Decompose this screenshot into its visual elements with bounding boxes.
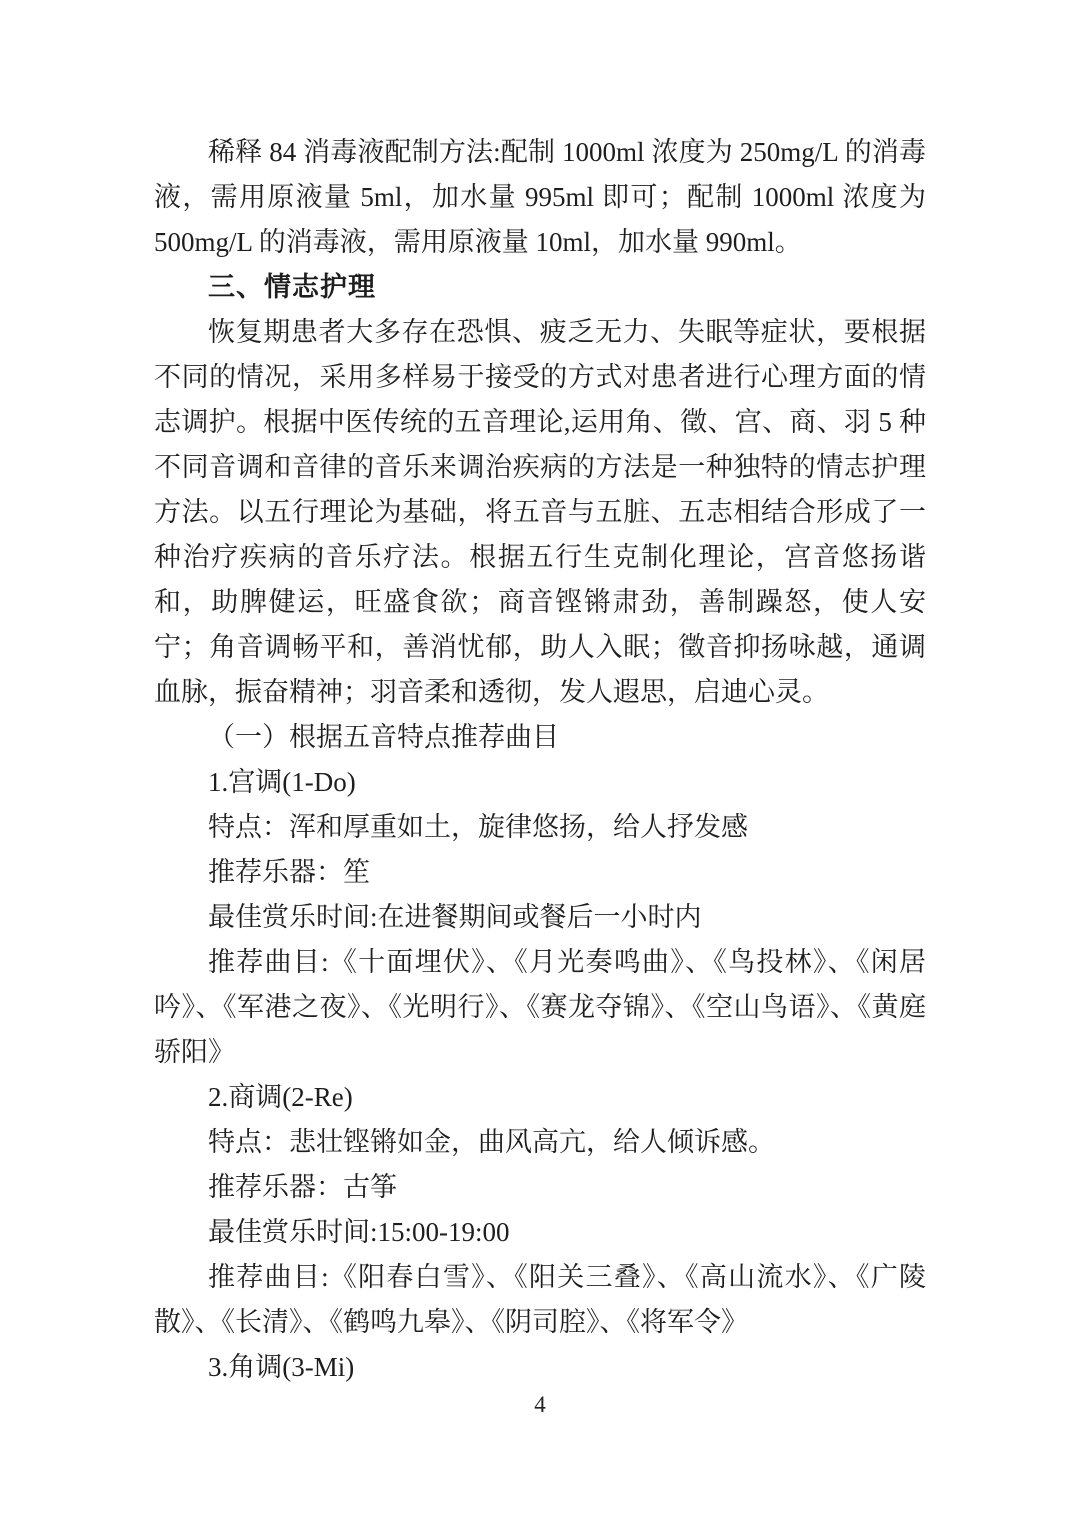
paragraph: 特点：悲壮铿锵如金，曲风高亢，给人倾诉感。 xyxy=(154,1120,926,1165)
paragraph: 稀释 84 消毒液配制方法:配制 1000ml 浓度为 250mg/L 的消毒液… xyxy=(154,130,926,265)
paragraph: 1.宫调(1-Do) xyxy=(154,760,926,805)
paragraph: （一）根据五音特点推荐曲目 xyxy=(154,715,926,760)
document-content: 稀释 84 消毒液配制方法:配制 1000ml 浓度为 250mg/L 的消毒液… xyxy=(154,130,926,1390)
paragraph: 推荐曲目:《阳春白雪》、《阳关三叠》、《高山流水》、《广陵散》、《长清》、《鹤鸣… xyxy=(154,1255,926,1345)
paragraph: 2.商调(2-Re) xyxy=(154,1075,926,1120)
paragraph: 恢复期患者大多存在恐惧、疲乏无力、失眠等症状，要根据不同的情况，采用多样易于接受… xyxy=(154,310,926,715)
paragraph: 最佳赏乐时间:15:00-19:00 xyxy=(154,1210,926,1255)
page-number: 4 xyxy=(0,1390,1080,1420)
section-heading: 三、情志护理 xyxy=(154,265,926,310)
document-page: 稀释 84 消毒液配制方法:配制 1000ml 浓度为 250mg/L 的消毒液… xyxy=(0,0,1080,1527)
paragraph: 推荐乐器：笙 xyxy=(154,850,926,895)
paragraph: 推荐乐器：古筝 xyxy=(154,1165,926,1210)
paragraph: 3.角调(3-Mi) xyxy=(154,1345,926,1390)
paragraph: 推荐曲目:《十面埋伏》、《月光奏鸣曲》、《鸟投林》、《闲居吟》、《军港之夜》、《… xyxy=(154,940,926,1075)
paragraph: 特点：浑和厚重如土，旋律悠扬，给人抒发感 xyxy=(154,805,926,850)
paragraph: 最佳赏乐时间:在进餐期间或餐后一小时内 xyxy=(154,895,926,940)
